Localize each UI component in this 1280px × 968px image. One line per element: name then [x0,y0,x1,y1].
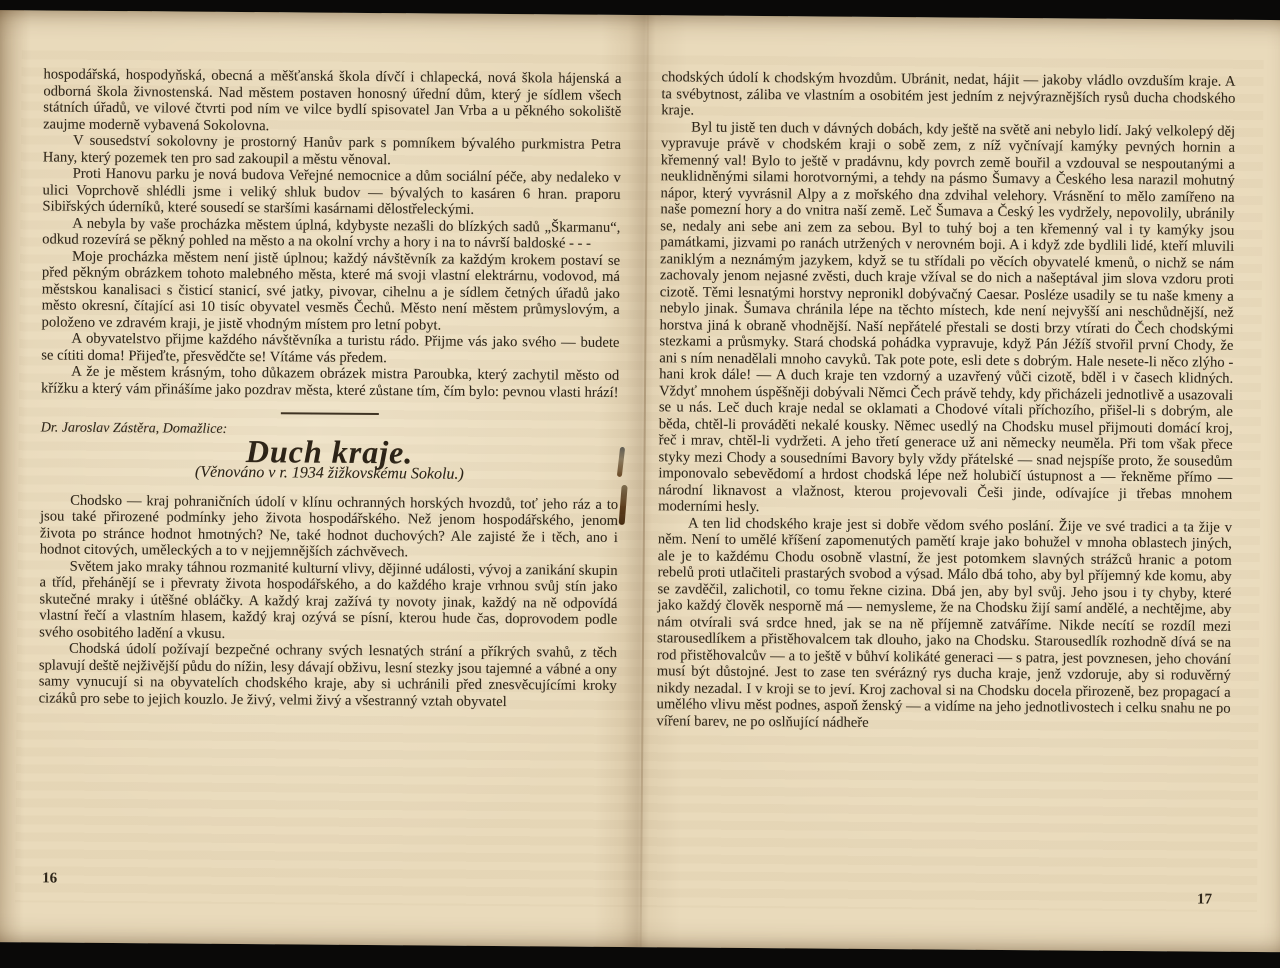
paragraph: A že je městem krásným, toho důkazem obr… [41,363,619,401]
staple-icon [619,485,628,525]
page-left: hospodářská, hospodyňská, obecná a měšťa… [39,66,622,711]
paragraph: hospodářská, hospodyňská, obecná a měšťa… [43,66,622,137]
open-book-spread: hospodářská, hospodyňská, obecná a měšťa… [0,10,1280,952]
page-right: chodských údolí k chodským hvozdům. Ubrá… [656,69,1235,733]
page-number: 17 [1197,891,1212,908]
paragraph: Chodsko — kraj pohraničních údolí v klín… [40,492,619,563]
page-number: 16 [42,870,57,887]
article-title: Duch kraje. [40,441,618,462]
paragraph: Byl tu jistě ten duch v dávných dobách, … [658,119,1235,519]
paragraph: A obyvatelstvo přijme každého návštěvník… [41,330,619,368]
article-dedication: (Věnováno v r. 1934 žižkovskému Sokolu.) [40,463,618,484]
paragraph: chodských údolí k chodským hvozdům. Ubrá… [661,69,1235,123]
paragraph: Chodská údolí požívají bezpečné ochrany … [39,640,618,711]
paragraph: Proti Hanovu parku je nová budova Veřejn… [42,165,620,219]
paragraph: A ten lid chodského kraje jest si dobře … [656,515,1232,734]
paragraph: V sousedství sokolovny je prostorný Hanů… [43,132,621,170]
section-divider [281,412,379,415]
paragraph: A nebyla by vaše procházka městem úplná,… [42,215,620,253]
gutter-crease [640,15,649,947]
paragraph: Světem jako mraky táhnou rozmanité kultu… [39,558,618,645]
scanned-book-photo: hospodářská, hospodyňská, obecná a měšťa… [0,0,1280,968]
paragraph: Moje procházka městem není jistě úplnou;… [41,248,620,335]
